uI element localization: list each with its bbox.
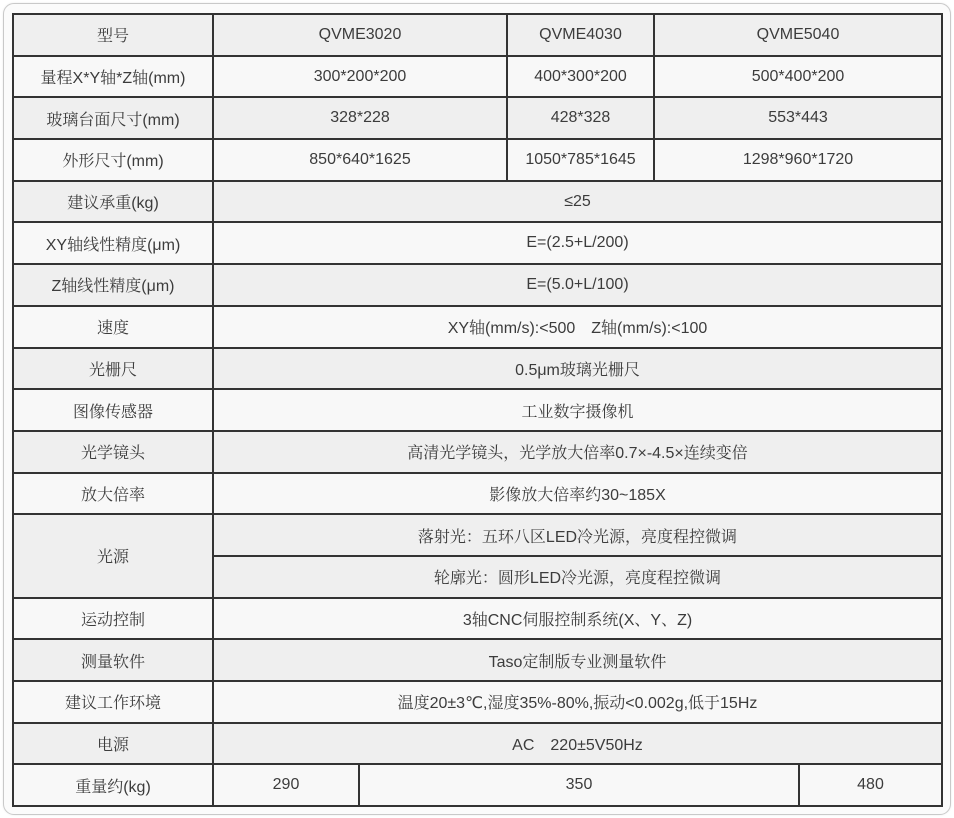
table-row: 测量软件 Taso定制版专业测量软件 — [13, 639, 942, 681]
value-cell: 328*228 — [213, 97, 507, 139]
table-row: 建议工作环境 温度20±3℃,湿度35%-80%,振动<0.002g,低于15H… — [13, 681, 942, 723]
table-row: 光栅尺 0.5μm玻璃光栅尺 — [13, 348, 942, 390]
row-label: 测量软件 — [13, 639, 213, 681]
weight-cell: 350 — [359, 764, 799, 806]
value-cell: AC 220±5V50Hz — [213, 723, 942, 765]
row-label: Z轴线性精度(μm) — [13, 264, 213, 306]
table-row: 外形尺寸(mm) 850*640*1625 1050*785*1645 1298… — [13, 139, 942, 181]
row-label: 速度 — [13, 306, 213, 348]
weight-cell: 290 — [213, 764, 359, 806]
value-cell: 工业数字摄像机 — [213, 389, 942, 431]
row-label: 光源 — [13, 514, 213, 597]
value-cell: 落射光：五环八区LED冷光源，亮度程控微调 — [213, 514, 942, 556]
value-cell: ≤25 — [213, 181, 942, 223]
spec-card: 型号 QVME3020 QVME4030 QVME5040 量程X*Y轴*Z轴(… — [3, 3, 951, 815]
value-cell: XY轴(mm/s):<500 Z轴(mm/s):<100 — [213, 306, 942, 348]
row-label: 电源 — [13, 723, 213, 765]
table-row: 放大倍率 影像放大倍率约30~185X — [13, 473, 942, 515]
value-cell: 1298*960*1720 — [654, 139, 942, 181]
value-cell: 温度20±3℃,湿度35%-80%,振动<0.002g,低于15Hz — [213, 681, 942, 723]
model-cell: QVME4030 — [507, 14, 654, 56]
spec-sheet-page: 型号 QVME3020 QVME4030 QVME5040 量程X*Y轴*Z轴(… — [0, 0, 954, 818]
row-label: 光学镜头 — [13, 431, 213, 473]
value-cell: 850*640*1625 — [213, 139, 507, 181]
value-cell: 400*300*200 — [507, 56, 654, 98]
table-row: 电源 AC 220±5V50Hz — [13, 723, 942, 765]
table-row: Z轴线性精度(μm) E=(5.0+L/100) — [13, 264, 942, 306]
table-row: 光源 落射光：五环八区LED冷光源，亮度程控微调 — [13, 514, 942, 556]
table-row: XY轴线性精度(μm) E=(2.5+L/200) — [13, 222, 942, 264]
table-row: 建议承重(kg) ≤25 — [13, 181, 942, 223]
value-cell: 1050*785*1645 — [507, 139, 654, 181]
value-cell: Taso定制版专业测量软件 — [213, 639, 942, 681]
row-label: 放大倍率 — [13, 473, 213, 515]
table-row: 光学镜头 高清光学镜头，光学放大倍率0.7×-4.5×连续变倍 — [13, 431, 942, 473]
value-cell: 3轴CNC伺服控制系统(X、Y、Z) — [213, 598, 942, 640]
value-cell: 高清光学镜头，光学放大倍率0.7×-4.5×连续变倍 — [213, 431, 942, 473]
weight-cell: 480 — [799, 764, 942, 806]
row-label: 量程X*Y轴*Z轴(mm) — [13, 56, 213, 98]
table-row: 速度 XY轴(mm/s):<500 Z轴(mm/s):<100 — [13, 306, 942, 348]
table-row: 运动控制 3轴CNC伺服控制系统(X、Y、Z) — [13, 598, 942, 640]
specification-table: 型号 QVME3020 QVME4030 QVME5040 量程X*Y轴*Z轴(… — [12, 13, 943, 807]
row-label: 运动控制 — [13, 598, 213, 640]
row-label: 玻璃台面尺寸(mm) — [13, 97, 213, 139]
table-row: 玻璃台面尺寸(mm) 328*228 428*328 553*443 — [13, 97, 942, 139]
row-label: XY轴线性精度(μm) — [13, 222, 213, 264]
row-label: 建议工作环境 — [13, 681, 213, 723]
model-cell: QVME5040 — [654, 14, 942, 56]
value-cell: 553*443 — [654, 97, 942, 139]
row-label: 光栅尺 — [13, 348, 213, 390]
table-row: 图像传感器 工业数字摄像机 — [13, 389, 942, 431]
value-cell: 轮廓光：圆形LED冷光源，亮度程控微调 — [213, 556, 942, 598]
value-cell: 影像放大倍率约30~185X — [213, 473, 942, 515]
value-cell: 428*328 — [507, 97, 654, 139]
table-row: 型号 QVME3020 QVME4030 QVME5040 — [13, 14, 942, 56]
value-cell: 500*400*200 — [654, 56, 942, 98]
row-label: 图像传感器 — [13, 389, 213, 431]
model-cell: QVME3020 — [213, 14, 507, 56]
row-label: 重量约(kg) — [13, 764, 213, 806]
row-label: 外形尺寸(mm) — [13, 139, 213, 181]
value-cell: E=(2.5+L/200) — [213, 222, 942, 264]
row-label: 建议承重(kg) — [13, 181, 213, 223]
row-label: 型号 — [13, 14, 213, 56]
value-cell: 0.5μm玻璃光栅尺 — [213, 348, 942, 390]
value-cell: 300*200*200 — [213, 56, 507, 98]
table-row: 重量约(kg) 290 350 480 — [13, 764, 942, 806]
value-cell: E=(5.0+L/100) — [213, 264, 942, 306]
table-row: 量程X*Y轴*Z轴(mm) 300*200*200 400*300*200 50… — [13, 56, 942, 98]
